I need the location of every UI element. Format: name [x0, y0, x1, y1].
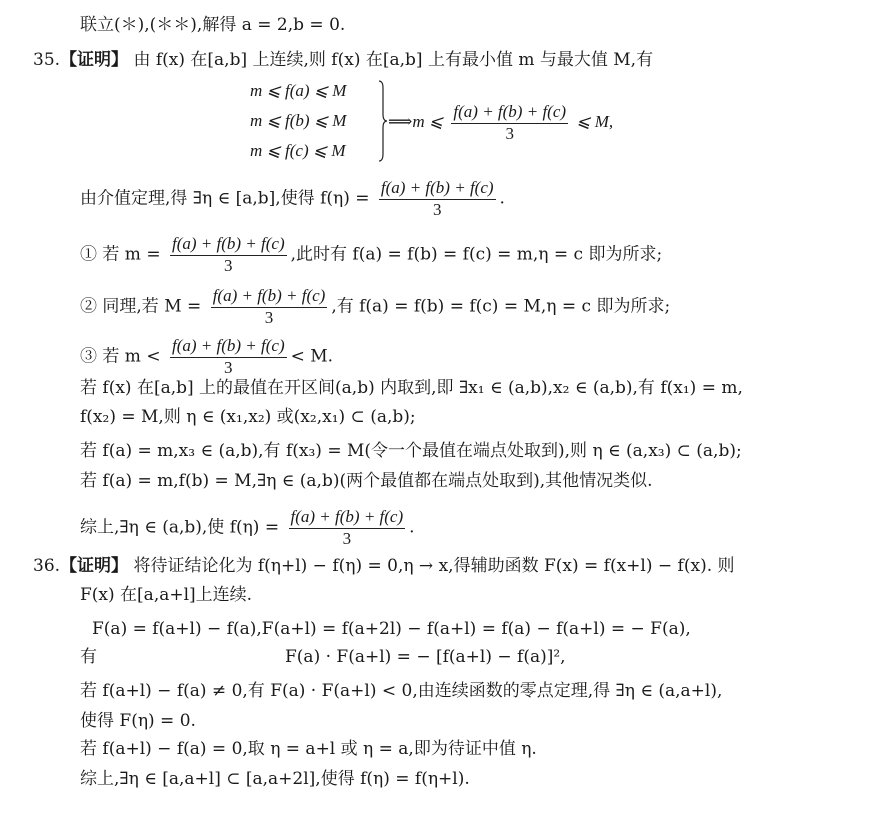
p36-line-2: F(x) 在[a,a+l]上连续.: [80, 584, 252, 606]
p35-conclusion: 综上,∃η ∈ (a,b),使 f(η) = f(a) + f(b) + f(c…: [80, 507, 415, 549]
inequality-b: m ⩽ f(b) ⩽ M: [250, 106, 346, 136]
case-1: ① 若 m = f(a) + f(b) + f(c)3,此时有 f(a) = f…: [80, 234, 662, 276]
p36-line-4-eq: F(a) · F(a+l) = − [f(a+l) − f(a)]²,: [285, 646, 566, 668]
p36-line-5: 若 f(a+l) − f(a) ≠ 0,有 F(a) · F(a+l) < 0,…: [80, 680, 722, 702]
inequality-a: m ⩽ f(a) ⩽ M: [250, 76, 346, 106]
p35-header: 35.【证明】 由 f(x) 在[a,b] 上连续,则 f(x) 在[a,b] …: [33, 49, 653, 71]
inequality-c: m ⩽ f(c) ⩽ M: [250, 136, 346, 166]
subcase-2: 若 f(a) = m,x₃ ∈ (a,b),有 f(x₃) = M(令一个最值在…: [80, 440, 742, 462]
p36-line-3: F(a) = f(a+l) − f(a),F(a+l) = f(a+2l) − …: [92, 618, 691, 640]
p36-line-6: 使得 F(η) = 0.: [80, 710, 196, 732]
inequality-system: m ⩽ f(a) ⩽ M m ⩽ f(b) ⩽ M m ⩽ f(c) ⩽ M: [250, 76, 346, 166]
right-brace-icon: [378, 80, 388, 162]
subcase-1-line-2: f(x₂) = M,则 η ∈ (x₁,x₂) 或(x₂,x₁) ⊂ (a,b)…: [80, 406, 416, 428]
p34-solution-line: 联立(＊),(＊＊),解得 a = 2,b = 0.: [80, 14, 345, 36]
p36-line-7: 若 f(a+l) − f(a) = 0,取 η = a+l 或 η = a,即为…: [80, 738, 537, 760]
case-3: ③ 若 m < f(a) + f(b) + f(c)3< M.: [80, 336, 333, 378]
mean-fraction: f(a) + f(b) + f(c)3: [451, 102, 568, 144]
problem-number: 36.: [33, 556, 60, 576]
p35-intro: 由 f(x) 在[a,b] 上连续,则 f(x) 在[a,b] 上有最小值 m …: [133, 50, 653, 70]
proof-tag: 【证明】: [60, 556, 128, 576]
subcase-3: 若 f(a) = m,f(b) = M,∃η ∈ (a,b)(两个最值都在端点处…: [80, 470, 653, 492]
subcase-1-line-1: 若 f(x) 在[a,b] 上的最值在开区间(a,b) 内取到,即 ∃x₁ ∈ …: [80, 377, 743, 399]
p36-conclusion: 综上,∃η ∈ [a,a+l] ⊂ [a,a+2l],使得 f(η) = f(η…: [80, 768, 470, 790]
implication: ⟹m ⩽ f(a) + f(b) + f(c)3 ⩽ M,: [388, 102, 613, 144]
case-2: ② 同理,若 M = f(a) + f(b) + f(c)3,有 f(a) = …: [80, 286, 670, 328]
problem-number: 35.: [33, 50, 60, 70]
proof-tag: 【证明】: [60, 50, 128, 70]
ivt-line: 由介值定理,得 ∃η ∈ [a,b],使得 f(η) = f(a) + f(b)…: [80, 178, 505, 220]
p36-line-4-label: 有: [80, 646, 97, 668]
p36-header: 36.【证明】 将待证结论化为 f(η+l) − f(η) = 0,η → x,…: [33, 555, 735, 577]
